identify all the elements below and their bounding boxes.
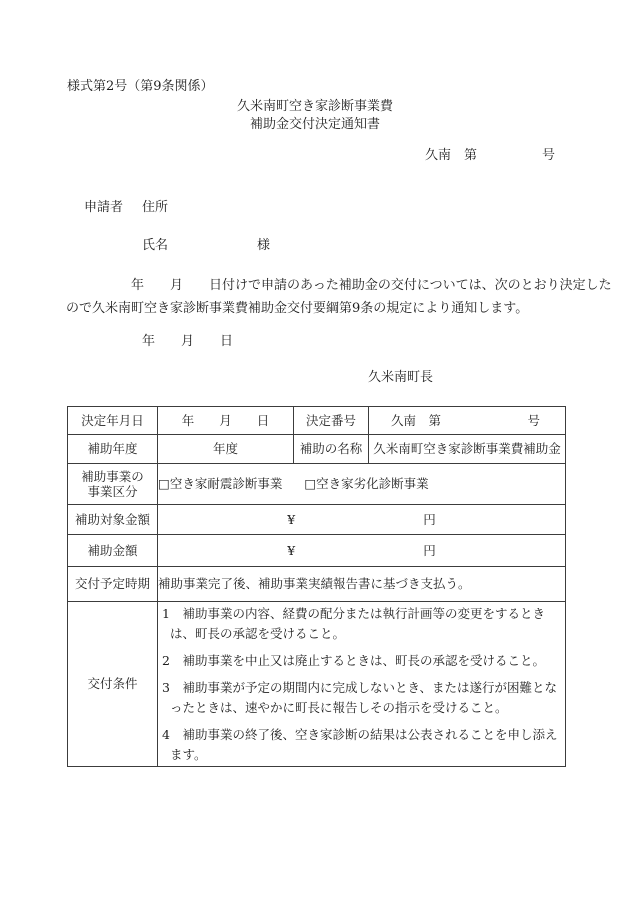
eligible-amount-label: 補助対象金額 <box>68 505 158 535</box>
table-row-payment-timing: 交付予定時期 補助事業完了後、補助事業実績報告書に基づき支払う。 <box>68 567 566 602</box>
sender-name: 久米南町長 <box>368 370 433 386</box>
condition-item-4: 4 補助事業の終了後、空き家診断の結果は公表されることを申し添えます。 <box>158 725 565 765</box>
table-row-eligible-amount: 補助対象金額 ¥ 円 <box>68 505 566 535</box>
checkbox-deterioration-icon: □ <box>304 476 316 491</box>
option-earthquake-diagnosis: □空き家耐震診断事業 <box>158 476 282 492</box>
decision-table: 決定年月日 年 月 日 決定番号 久南 第 号 補助年度 年度 補助の名称 久米… <box>67 406 566 767</box>
grant-conditions-label: 交付条件 <box>68 602 158 767</box>
document-title-line1: 久米南町空き家診断事業費 <box>0 98 630 116</box>
decision-date-label: 決定年月日 <box>68 407 158 435</box>
document-number: 久南 第 号 <box>425 148 555 164</box>
document-number-prefix: 久南 第 <box>425 148 477 164</box>
option-earthquake-label: 空き家耐震診断事業 <box>170 476 283 491</box>
subsidy-year-label: 補助年度 <box>68 435 158 464</box>
issue-date-line: 年 月 日 <box>142 334 233 350</box>
name-label: 氏名 <box>142 238 168 253</box>
decision-number-prefix: 久南 第 <box>391 413 441 429</box>
form-number: 様式第2号（第9条関係） <box>67 79 214 95</box>
table-row-subsidy-amount: 補助金額 ¥ 円 <box>68 535 566 567</box>
applicant-line: 申請者住所 <box>84 200 168 216</box>
condition-item-3: 3 補助事業が予定の期間内に完成しないとき、または遂行が困難となったときは、速や… <box>158 678 565 718</box>
project-category-label: 補助事業の 事業区分 <box>68 464 158 505</box>
document-title-line2: 補助金交付決定通知書 <box>0 116 630 134</box>
project-category-options: □空き家耐震診断事業 □空き家劣化診断事業 <box>158 464 566 505</box>
subsidy-year-value: 年度 <box>158 435 294 464</box>
subsidy-amount-currency: ¥ <box>287 543 295 559</box>
address-label: 住所 <box>142 200 168 215</box>
checkbox-earthquake-icon: □ <box>158 476 170 491</box>
eligible-amount-currency: ¥ <box>287 512 295 528</box>
honorific-label: 様 <box>257 238 270 253</box>
document-page: 様式第2号（第9条関係） 久米南町空き家診断事業費 補助金交付決定通知書 久南 … <box>0 0 630 903</box>
condition-item-1: 1 補助事業の内容、経費の配分または執行計画等の変更をするときは、町長の承認を受… <box>158 604 565 644</box>
table-row-subsidy-year: 補助年度 年度 補助の名称 久米南町空き家診断事業費補助金 <box>68 435 566 464</box>
option-deterioration-diagnosis: □空き家劣化診断事業 <box>304 476 428 492</box>
table-row-decision-date: 決定年月日 年 月 日 決定番号 久南 第 号 <box>68 407 566 435</box>
subsidy-amount-label: 補助金額 <box>68 535 158 567</box>
decision-date-value: 年 月 日 <box>158 407 294 435</box>
document-number-suffix: 号 <box>542 148 555 164</box>
table-row-project-category: 補助事業の 事業区分 □空き家耐震診断事業 □空き家劣化診断事業 <box>68 464 566 505</box>
decision-number-value: 久南 第 号 <box>369 407 566 435</box>
decision-number-label: 決定番号 <box>294 407 369 435</box>
eligible-amount-value: ¥ 円 <box>158 505 566 535</box>
table-row-grant-conditions: 交付条件 1 補助事業の内容、経費の配分または執行計画等の変更をするときは、町長… <box>68 602 566 767</box>
payment-timing-value: 補助事業完了後、補助事業実績報告書に基づき支払う。 <box>158 567 566 602</box>
subsidy-amount-value: ¥ 円 <box>158 535 566 567</box>
payment-timing-label: 交付予定時期 <box>68 567 158 602</box>
eligible-amount-unit: 円 <box>423 512 436 528</box>
applicant-label: 申請者 <box>84 200 123 215</box>
body-paragraph-line2: ので久米南町空き家診断事業費補助金交付要綱第9条の規定により通知します。 <box>66 301 586 317</box>
subsidy-name-label: 補助の名称 <box>294 435 369 464</box>
subsidy-amount-unit: 円 <box>423 543 436 559</box>
grant-conditions-value: 1 補助事業の内容、経費の配分または執行計画等の変更をするときは、町長の承認を受… <box>158 602 566 767</box>
document-title: 久米南町空き家診断事業費 補助金交付決定通知書 <box>0 98 630 133</box>
condition-item-2: 2 補助事業を中止又は廃止するときは、町長の承認を受けること。 <box>158 651 565 671</box>
decision-number-suffix: 号 <box>527 413 540 429</box>
option-deterioration-label: 空き家劣化診断事業 <box>316 476 429 491</box>
name-line: 氏名様 <box>142 238 270 254</box>
body-paragraph-line1: 年 月 日付けで申請のあった補助金の交付については、次のとおり決定した <box>66 278 586 294</box>
subsidy-name-value: 久米南町空き家診断事業費補助金 <box>369 435 566 464</box>
